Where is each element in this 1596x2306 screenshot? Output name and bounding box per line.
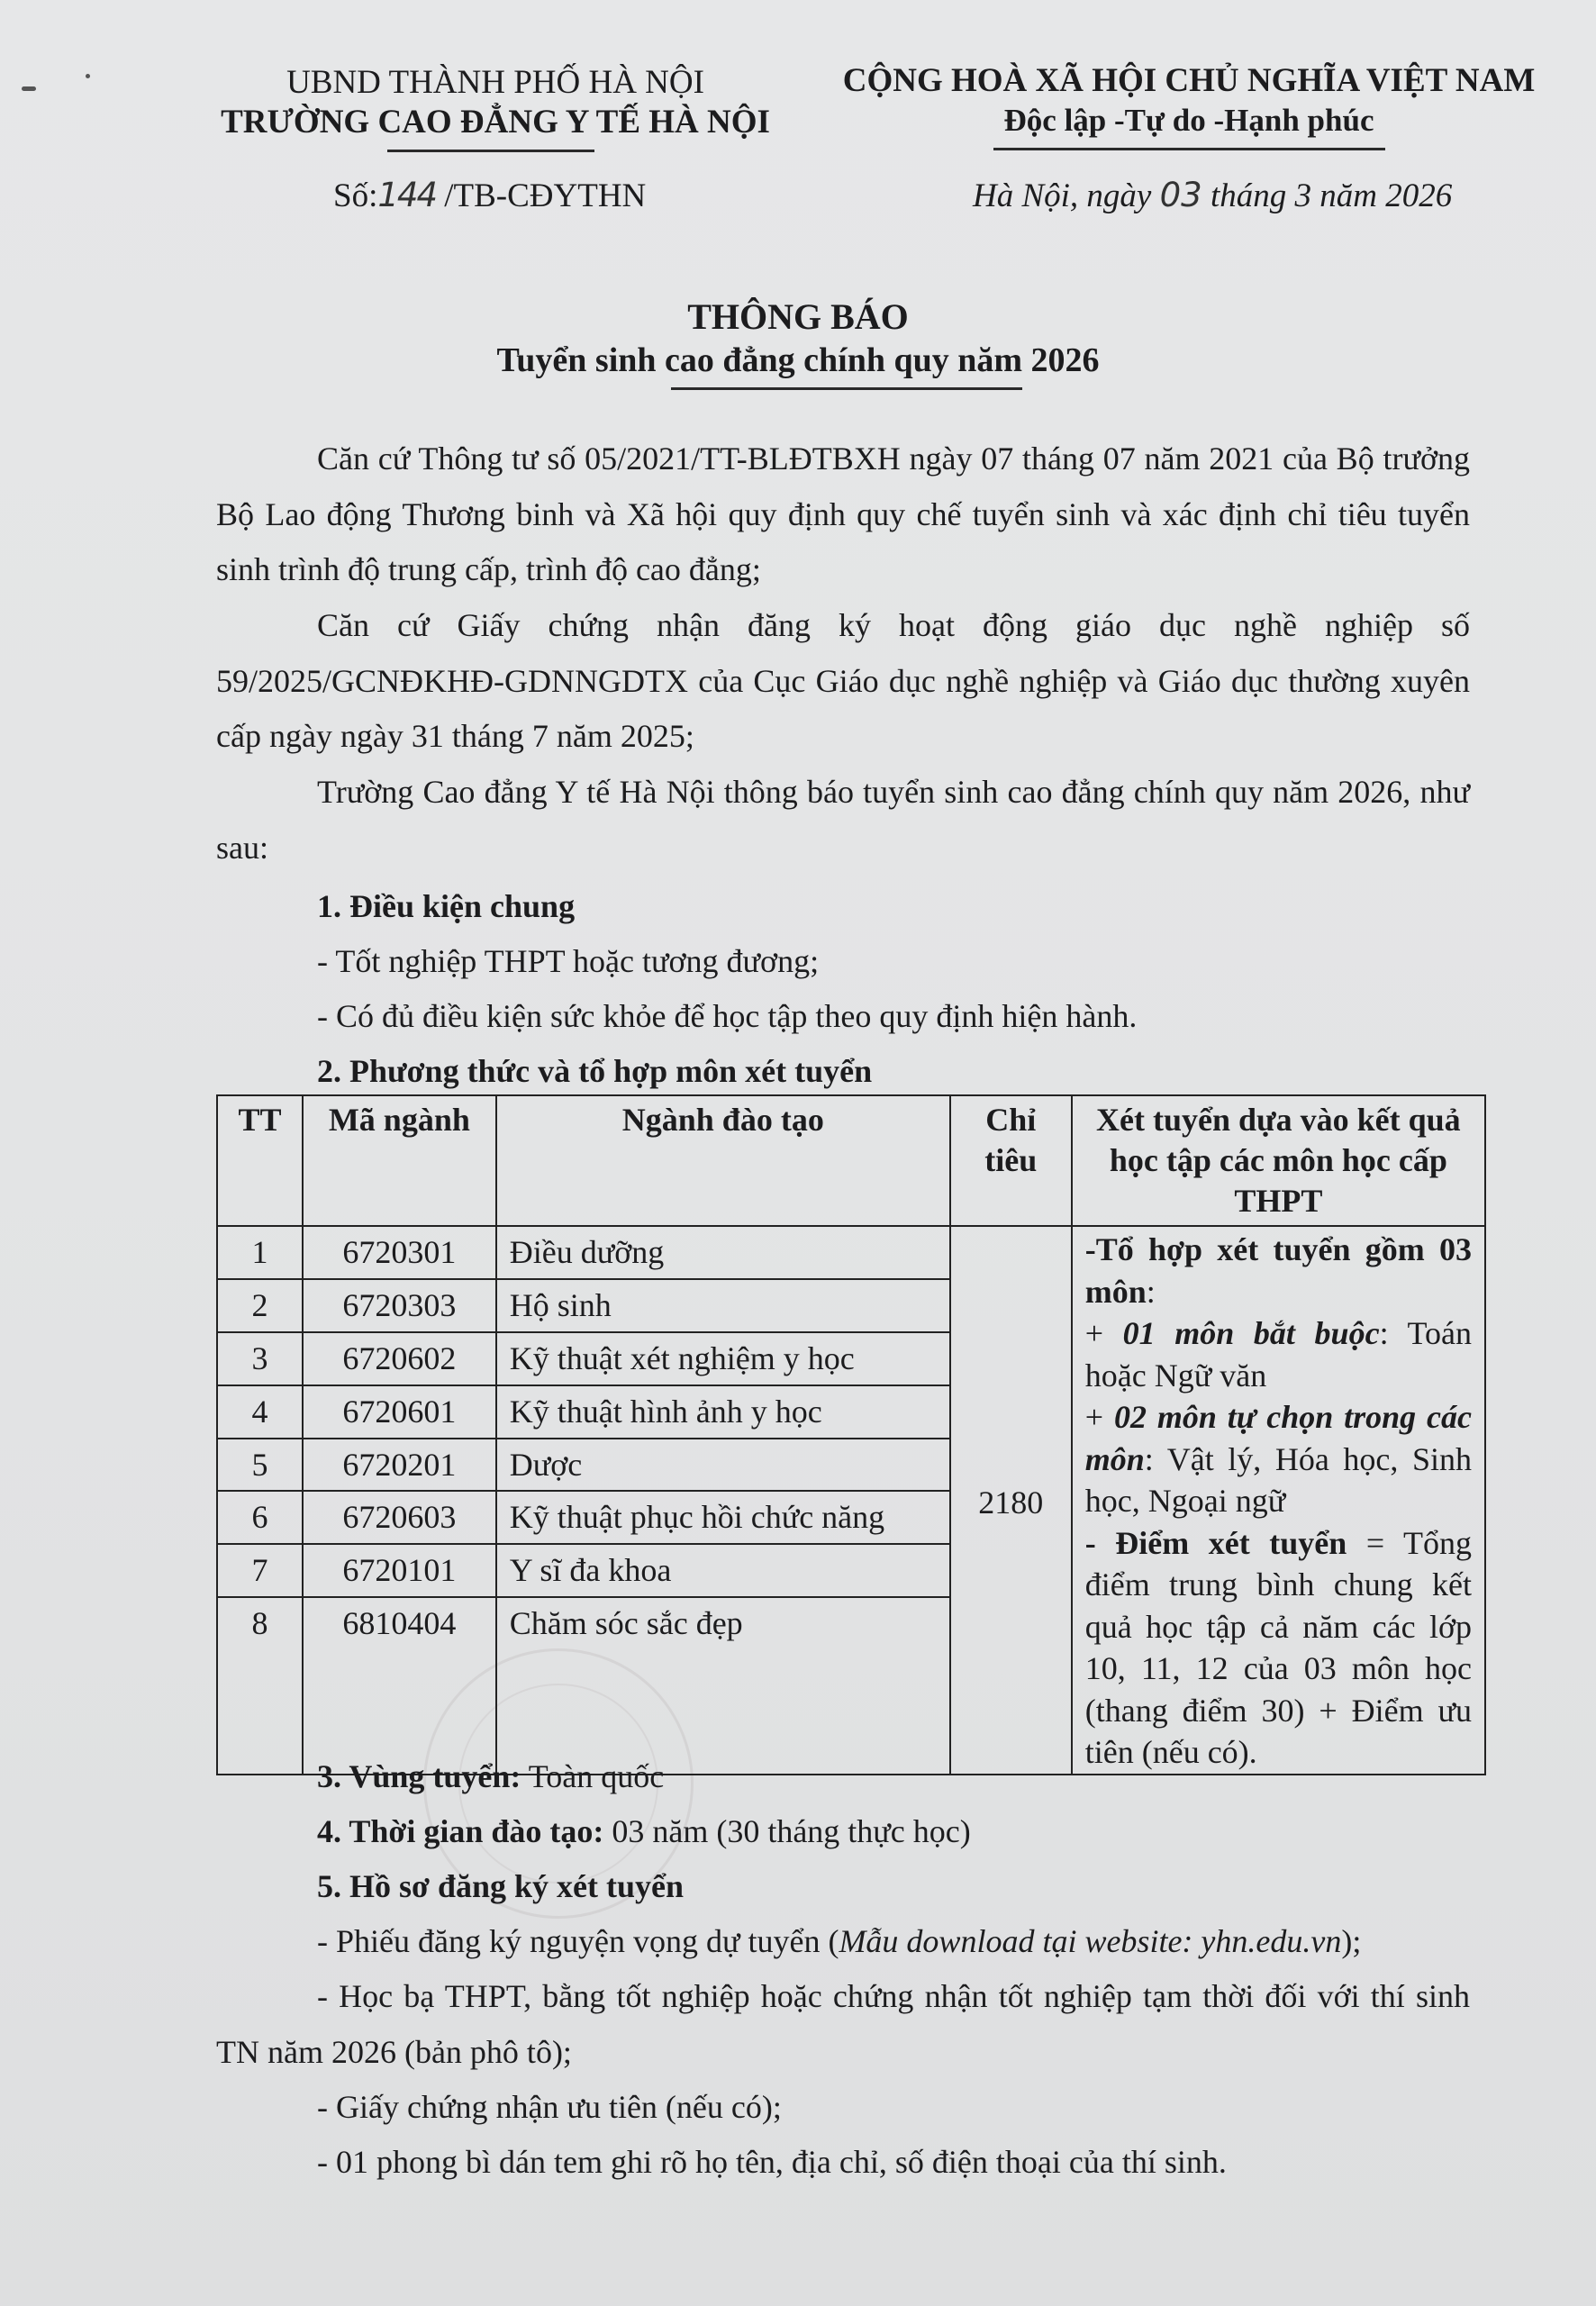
row-index: 7 xyxy=(217,1544,303,1597)
admission-criteria: -Tổ hợp xét tuyển gồm 03 môn:+ 01 môn bắ… xyxy=(1072,1226,1485,1775)
row-index: 5 xyxy=(217,1439,303,1492)
admission-table: TT Mã ngành Ngành đào tạo Chỉ tiêu Xét t… xyxy=(216,1094,1486,1775)
parent-agency: UBND THÀNH PHỐ HÀ NỘI xyxy=(207,63,784,103)
col-header-tt: TT xyxy=(217,1095,303,1226)
table-row: 16720301Điều dưỡng2180-Tổ hợp xét tuyển … xyxy=(217,1226,1485,1279)
issue-date: Hà Nội, ngày 03 tháng 3 năm 2026 xyxy=(973,176,1452,215)
section-5-item: - 01 phong bì dán tem ghi rõ họ tên, địa… xyxy=(317,2142,1227,2182)
basis-paragraph-1: Căn cứ Thông tư số 05/2021/TT-BLĐTBXH ng… xyxy=(216,431,1470,598)
program-code: 6720603 xyxy=(303,1491,496,1544)
program-name: Kỹ thuật hình ảnh y học xyxy=(496,1385,950,1439)
date-prefix: Hà Nội, ngày xyxy=(973,177,1160,214)
section-1-item: - Tốt nghiệp THPT hoặc tương đương; xyxy=(317,941,819,981)
section-5-heading: 5. Hồ sơ đăng ký xét tuyển xyxy=(317,1866,684,1906)
row-index: 8 xyxy=(217,1597,303,1774)
basis-paragraph-2: Căn cứ Giấy chứng nhận đăng ký hoạt động… xyxy=(216,598,1470,765)
paper-speck xyxy=(86,74,90,78)
intro-paragraph: Trường Cao đẳng Y tế Hà Nội thông báo tu… xyxy=(216,765,1470,876)
school-name: TRƯỜNG CAO ĐẲNG Y TẾ HÀ NỘI xyxy=(207,103,784,142)
national-motto-block: CỘNG HOÀ XÃ HỘI CHỦ NGHĨA VIỆT NAM Độc l… xyxy=(824,61,1554,150)
country-name: CỘNG HOÀ XÃ HỘI CHỦ NGHĨA VIỆT NAM xyxy=(824,61,1554,101)
program-name: Điều dưỡng xyxy=(496,1226,950,1279)
section-2-heading: 2. Phương thức và tổ hợp môn xét tuyển xyxy=(317,1051,872,1091)
intro-text: Trường Cao đẳng Y tế Hà Nội thông báo tu… xyxy=(216,774,1470,866)
section-1-heading: 1. Điều kiện chung xyxy=(317,886,575,926)
col-header-quota: Chỉ tiêu xyxy=(950,1095,1072,1226)
ref-number-handwritten: 144 xyxy=(377,176,436,214)
basis-2-text: Căn cứ Giấy chứng nhận đăng ký hoạt động… xyxy=(216,607,1470,754)
date-suffix: tháng 3 năm 2026 xyxy=(1202,177,1453,214)
col-header-code: Mã ngành xyxy=(303,1095,496,1226)
program-name: Y sĩ đa khoa xyxy=(496,1544,950,1597)
section-5-item: - Giấy chứng nhận ưu tiên (nếu có); xyxy=(317,2087,782,2127)
program-code: 6720101 xyxy=(303,1544,496,1597)
ref-suffix: /TB-CĐYTHN xyxy=(436,177,646,214)
issuer-underline xyxy=(387,150,594,152)
item-end: ); xyxy=(1341,1923,1361,1959)
ref-prefix: Số: xyxy=(333,177,377,214)
item-text: - Học bạ THPT, bằng tốt nghiệp hoặc chứn… xyxy=(216,1978,1470,2070)
section-3-value: Toàn quốc xyxy=(521,1758,664,1794)
row-index: 2 xyxy=(217,1279,303,1332)
date-day-handwritten: 03 xyxy=(1160,176,1202,214)
program-code: 6810404 xyxy=(303,1597,496,1774)
program-code: 6720301 xyxy=(303,1226,496,1279)
template-download-note: Mẫu download tại website: yhn.edu.vn xyxy=(839,1923,1341,1959)
program-code: 6720601 xyxy=(303,1385,496,1439)
issuer-block: UBND THÀNH PHỐ HÀ NỘI TRƯỜNG CAO ĐẲNG Y … xyxy=(207,63,784,152)
document-title: THÔNG BÁO xyxy=(0,295,1596,338)
document-page: UBND THÀNH PHỐ HÀ NỘI TRƯỜNG CAO ĐẲNG Y … xyxy=(0,0,1596,2306)
section-4-value: 03 năm (30 tháng thực học) xyxy=(603,1813,970,1849)
row-index: 4 xyxy=(217,1385,303,1439)
motto-underline xyxy=(993,148,1385,150)
section-1-item: - Có đủ điều kiện sức khỏe để học tập th… xyxy=(317,996,1137,1036)
program-name: Hộ sinh xyxy=(496,1279,950,1332)
section-5-item: - Học bạ THPT, bằng tốt nghiệp hoặc chứn… xyxy=(216,1969,1470,2080)
program-name: Kỹ thuật xét nghiệm y học xyxy=(496,1332,950,1385)
basis-1-text: Căn cứ Thông tư số 05/2021/TT-BLĐTBXH ng… xyxy=(216,440,1470,587)
item-text: - Phiếu đăng ký nguyện vọng dự tuyển ( xyxy=(317,1923,839,1959)
row-index: 1 xyxy=(217,1226,303,1279)
section-4: 4. Thời gian đào tạo: 03 năm (30 tháng t… xyxy=(317,1811,971,1851)
section-5-item: - Phiếu đăng ký nguyện vọng dự tuyển (Mẫ… xyxy=(317,1921,1361,1961)
document-subtitle: Tuyển sinh cao đẳng chính quy năm 2026 xyxy=(0,340,1596,380)
program-code: 6720201 xyxy=(303,1439,496,1492)
paper-speck xyxy=(22,86,36,91)
section-3-label: 3. Vùng tuyển: xyxy=(317,1758,521,1794)
program-code: 6720602 xyxy=(303,1332,496,1385)
col-header-criteria: Xét tuyển dựa vào kết quả học tập các mô… xyxy=(1072,1095,1485,1226)
motto: Độc lập -Tự do -Hạnh phúc xyxy=(824,101,1554,141)
total-quota: 2180 xyxy=(950,1226,1072,1775)
program-name: Kỹ thuật phục hồi chức năng xyxy=(496,1491,950,1544)
program-code: 6720303 xyxy=(303,1279,496,1332)
table-header-row: TT Mã ngành Ngành đào tạo Chỉ tiêu Xét t… xyxy=(217,1095,1485,1226)
col-header-program: Ngành đào tạo xyxy=(496,1095,950,1226)
row-index: 6 xyxy=(217,1491,303,1544)
program-name: Chăm sóc sắc đẹp xyxy=(496,1597,950,1774)
program-name: Dược xyxy=(496,1439,950,1492)
document-number: Số:144 /TB-CĐYTHN xyxy=(333,176,646,215)
section-3: 3. Vùng tuyển: Toàn quốc xyxy=(317,1757,664,1796)
row-index: 3 xyxy=(217,1332,303,1385)
section-4-label: 4. Thời gian đào tạo: xyxy=(317,1813,603,1849)
subtitle-underline xyxy=(671,387,1022,390)
